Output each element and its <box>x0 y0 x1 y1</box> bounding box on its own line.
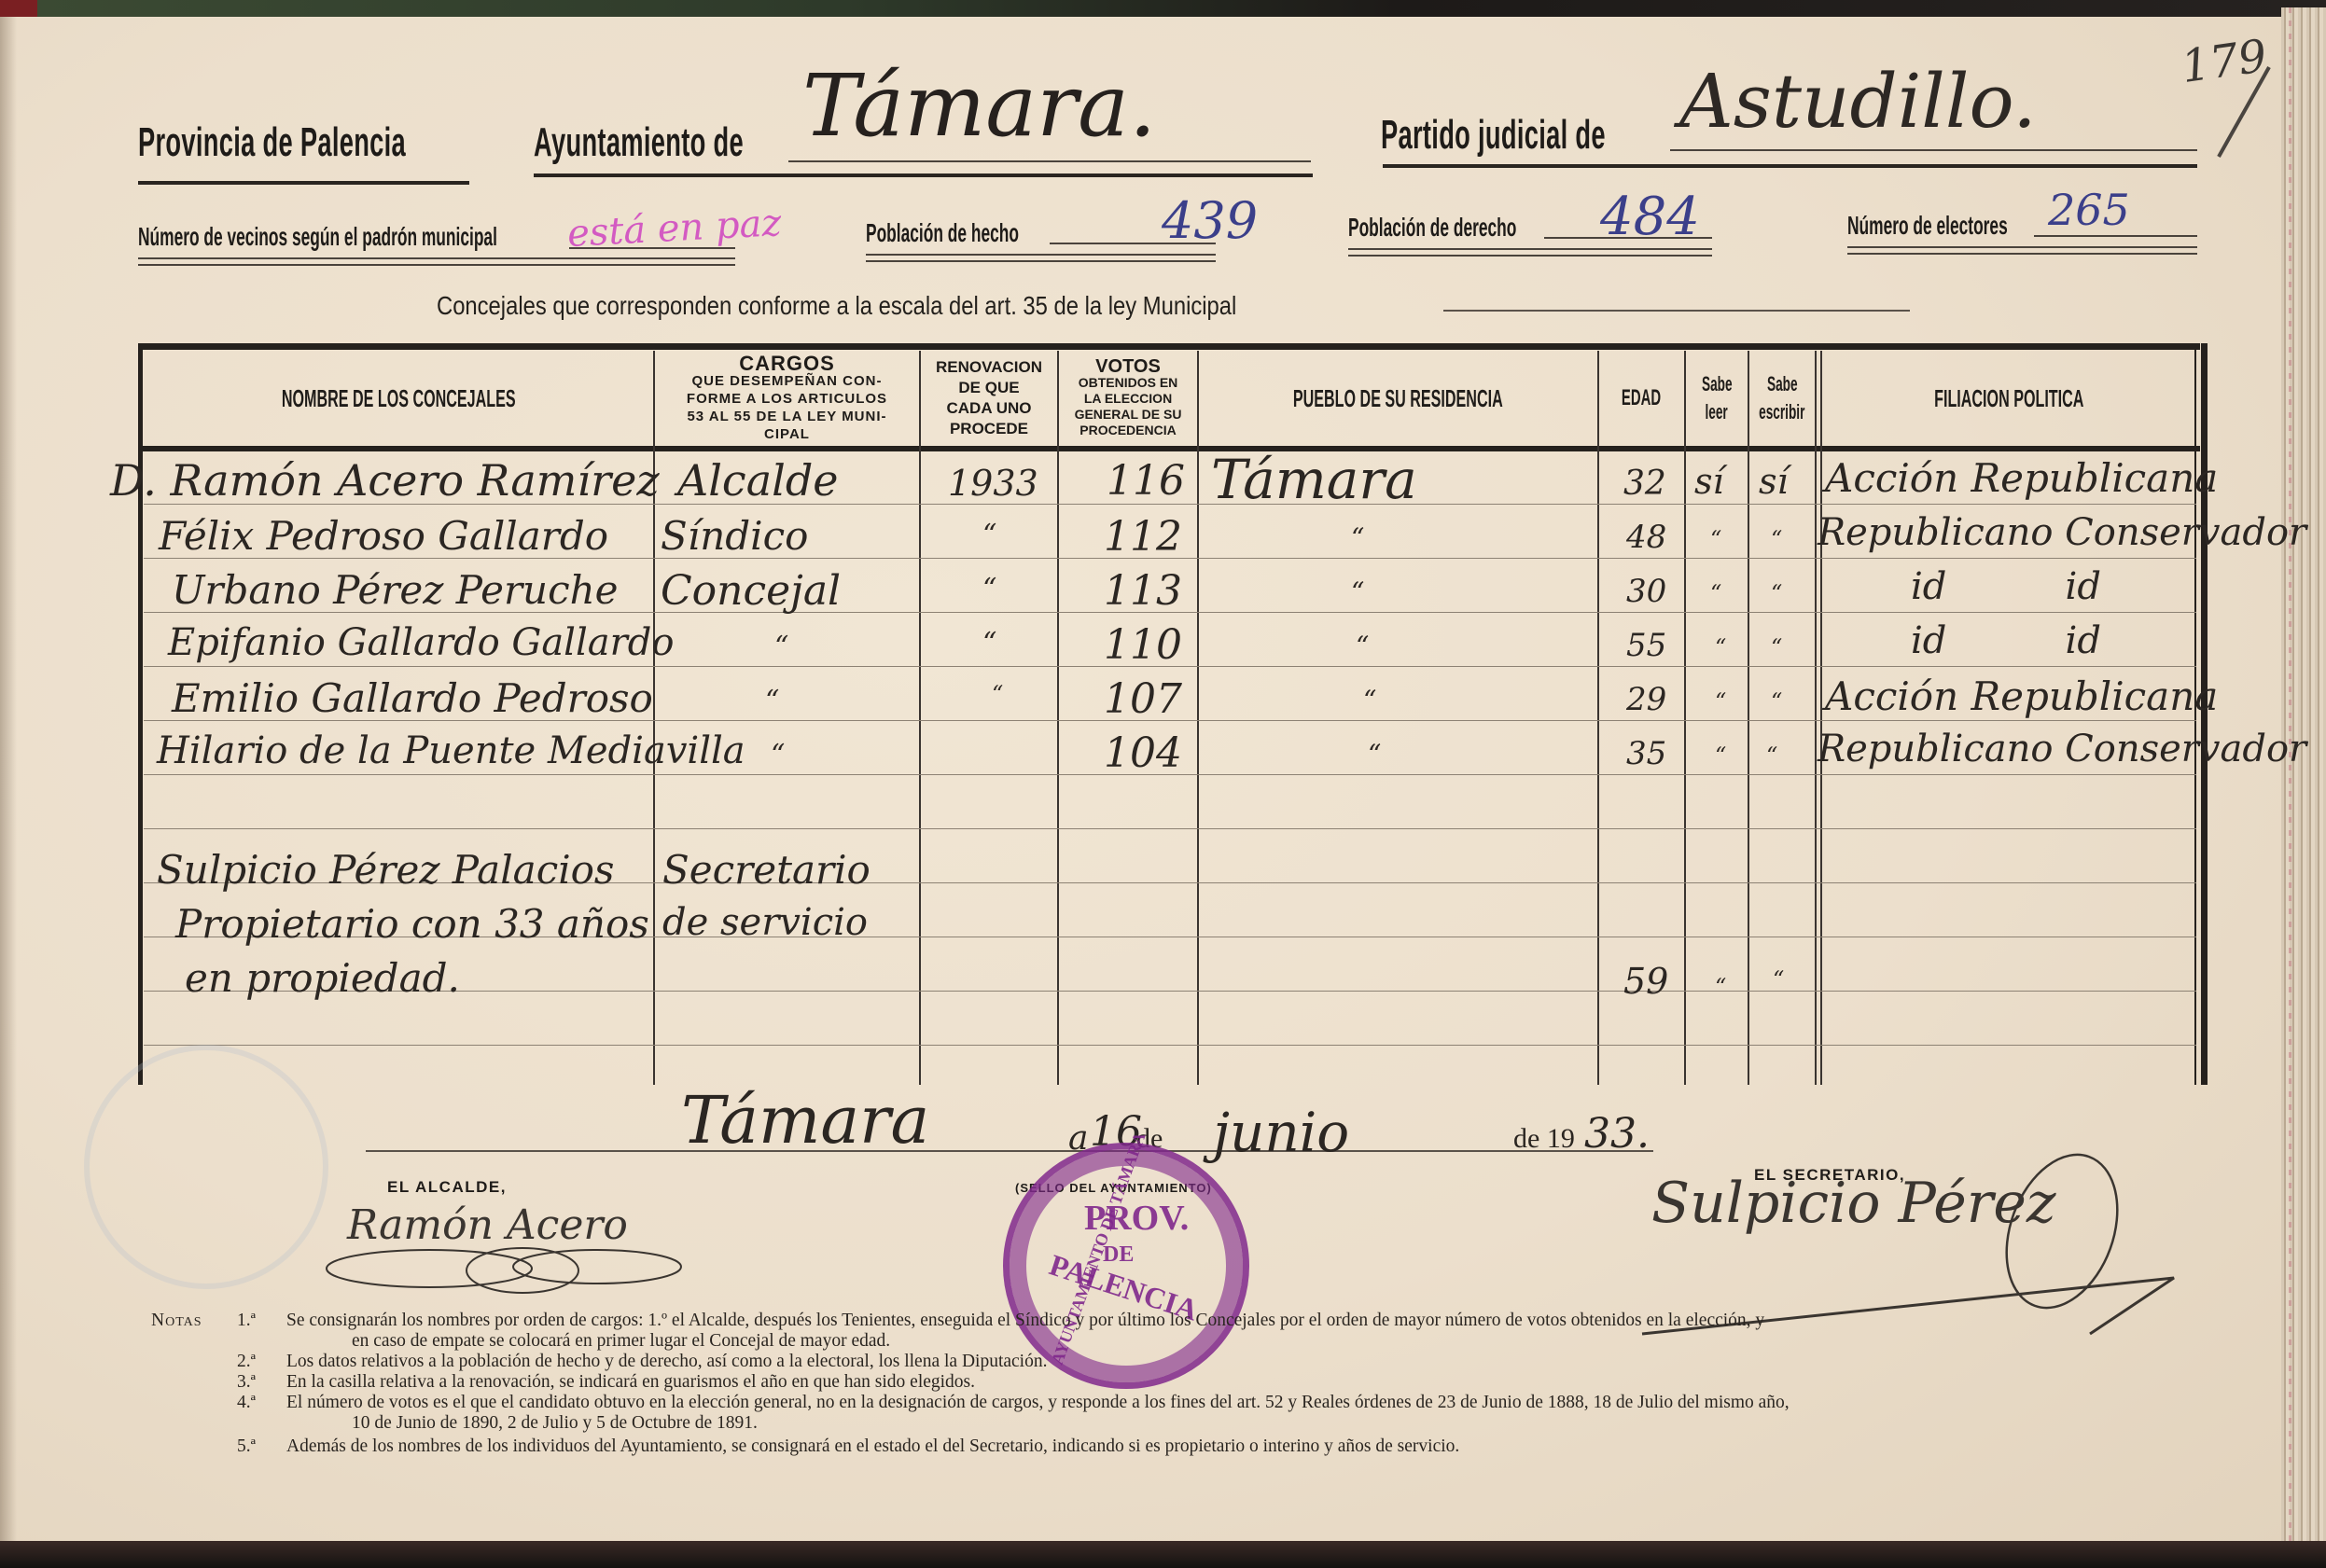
note-text: Además de los nombres de los individuos … <box>286 1435 1459 1459</box>
row-votos: 104 <box>1104 729 1182 777</box>
electores-double-1 <box>1847 246 2197 248</box>
header-cargos-title: CARGOS <box>739 354 835 372</box>
page-number-slash <box>2202 56 2277 168</box>
book-binding-bottom <box>0 1541 2326 1568</box>
row-escribir: “ <box>1766 742 1777 769</box>
row-leer: “ <box>1715 742 1726 769</box>
partido-underline <box>1383 164 2197 168</box>
partido-label: Partido judicial de <box>1381 112 1606 159</box>
header-nombre-text: NOMBRE DE LOS CONCEJALES <box>282 384 516 413</box>
header-pueblo-text: PUEBLO DE SU RESIDENCIA <box>1293 384 1503 413</box>
date-year-prefix: de 19 <box>1513 1123 1575 1155</box>
secretary-nombre: en propiedad. <box>185 955 460 1001</box>
date-month: junio <box>1213 1101 1349 1164</box>
table-top-border <box>138 343 2200 350</box>
ayuntamiento-label: Ayuntamiento de <box>534 119 744 166</box>
row-edad: 32 <box>1623 465 1666 503</box>
header-sabe-leer: Sabe leer <box>1686 351 1748 446</box>
header-renovacion: RENOVACION DE QUE CADA UNO PROCEDE <box>921 351 1057 446</box>
header-sabe-leer-text: leer <box>1706 398 1728 426</box>
note-number: 1.ª <box>237 1309 256 1333</box>
secretary-nombre: Sulpicio Pérez Palacios <box>157 847 615 893</box>
row-nombre: Urbano Pérez Peruche <box>172 567 619 613</box>
row-renovacion: 1933 <box>948 463 1038 504</box>
electores-line <box>2034 235 2197 237</box>
concejales-table: NOMBRE DE LOS CONCEJALES CARGOS QUE DESE… <box>138 343 2200 1085</box>
stamp-bleedthrough <box>84 1045 328 1289</box>
col-divider <box>1197 351 1199 1085</box>
poblacion-hecho-line <box>1050 243 1216 244</box>
header-sabe-escribir: Sabe escribir <box>1749 351 1815 446</box>
row-nombre: Hilario de la Puente Mediavilla <box>157 729 745 772</box>
secretary-edad: 59 <box>1623 961 1668 1002</box>
row-leer: “ <box>1715 634 1726 660</box>
partido-line <box>1670 149 2197 151</box>
header-edad: EDAD <box>1599 351 1684 446</box>
header-cargos: CARGOS QUE DESEMPEÑAN CON- FORME A LOS A… <box>655 351 919 446</box>
header-votos-sub: OBTENIDOS EN <box>1079 375 1178 391</box>
provincia-underline <box>138 181 469 185</box>
row-nombre: Félix Pedroso Gallardo <box>159 513 608 559</box>
header-renovacion-text: DE QUE <box>958 378 1019 398</box>
col-divider <box>1057 351 1059 1085</box>
row-rule <box>144 1045 2196 1046</box>
row-votos: 107 <box>1104 675 1182 723</box>
row-filiacion: id id <box>1911 565 2101 608</box>
note-text-cont: 10 de Junio de 1890, 2 de Julio y 5 de O… <box>352 1411 758 1436</box>
row-edad: 48 <box>1626 519 1666 556</box>
date-line <box>366 1150 1653 1152</box>
row-escribir: “ <box>1771 688 1782 715</box>
secretary-nombre: Propietario con 33 años <box>175 901 649 947</box>
electores-double-2 <box>1847 253 2197 255</box>
date-place: Támara <box>681 1082 929 1159</box>
note-number: 5.ª <box>237 1435 256 1459</box>
header-sabe-leer-text: Sabe <box>1702 370 1733 398</box>
row-rule <box>144 828 2196 829</box>
row-leer: sí <box>1694 461 1724 502</box>
row-pueblo: “ <box>1351 522 1364 553</box>
row-pueblo: “ <box>1351 576 1364 607</box>
row-renovacion: “ <box>982 519 996 551</box>
provincia-field: Provincia de Palencia <box>138 119 570 166</box>
secretary-escribir: “ <box>1773 966 1784 992</box>
row-cargo: “ <box>765 685 779 717</box>
header-votos-sub: GENERAL DE SU <box>1075 407 1182 423</box>
row-nombre: Emilio Gallardo Pedroso <box>172 675 653 721</box>
poblacion-derecho-line <box>1544 237 1712 239</box>
header-votos-title: VOTOS <box>1095 359 1161 375</box>
poblacion-derecho-label: Población de derecho <box>1348 213 1516 243</box>
row-filiacion: Republicano Conservador <box>1818 728 2306 770</box>
poblacion-hecho-double-1 <box>866 254 1216 256</box>
row-votos: 116 <box>1107 457 1185 505</box>
poblacion-derecho-double-2 <box>1348 255 1712 257</box>
col-divider <box>1820 351 1822 1085</box>
header-votos-sub: LA ELECCION <box>1084 391 1172 407</box>
header-votos-sub: PROCEDENCIA <box>1079 423 1176 438</box>
row-pueblo: “ <box>1368 739 1381 770</box>
row-pueblo: “ <box>1356 631 1369 661</box>
row-votos: 112 <box>1104 513 1182 561</box>
header-renovacion-text: PROCEDE <box>950 419 1028 439</box>
header-cargos-sub: CIPAL <box>764 425 810 443</box>
row-escribir: “ <box>1771 526 1782 552</box>
table-header-bottom-border <box>138 446 2200 451</box>
row-renovacion: “ <box>992 681 1003 707</box>
alcalde-signature-flourish <box>317 1241 690 1297</box>
row-edad: 55 <box>1626 627 1666 664</box>
col-divider <box>1815 351 1817 1085</box>
header-pueblo: PUEBLO DE SU RESIDENCIA <box>1199 351 1597 446</box>
header-cargos-sub: FORME A LOS ARTICULOS <box>687 390 887 408</box>
row-renovacion: “ <box>982 573 996 605</box>
header-renovacion-text: RENOVACION <box>936 357 1042 378</box>
row-edad: 29 <box>1626 681 1666 718</box>
vecinos-double-1 <box>138 257 735 259</box>
row-escribir: “ <box>1771 580 1782 606</box>
vecinos-label: Número de vecinos según el padrón munici… <box>138 222 497 252</box>
header-sabe-escribir-text: escribir <box>1759 398 1804 426</box>
ayuntamiento-value: Támara. <box>802 56 1156 156</box>
poblacion-hecho-double-2 <box>866 260 1216 262</box>
page-gutter-shadow <box>0 17 17 1547</box>
row-votos: 113 <box>1104 567 1182 615</box>
col-divider <box>1748 351 1749 1085</box>
row-filiacion: id id <box>1911 619 2101 662</box>
secretary-cargo: de servicio <box>662 901 868 944</box>
header-votos: VOTOS OBTENIDOS EN LA ELECCION GENERAL D… <box>1059 351 1197 446</box>
row-edad: 30 <box>1626 573 1666 610</box>
col-divider <box>1684 351 1686 1085</box>
concejales-caption: Concejales que corresponden conforme a l… <box>437 291 1236 321</box>
notes-label: Notas <box>151 1309 202 1333</box>
secretary-leer: “ <box>1715 974 1726 1000</box>
poblacion-hecho-value: 439 <box>1162 191 1258 250</box>
row-filiacion: Republicano Conservador <box>1818 511 2306 554</box>
electores-label: Número de electores <box>1847 211 2008 241</box>
row-filiacion: Acción Republicana <box>1825 455 2218 501</box>
partido-value: Astudillo. <box>1679 58 2037 145</box>
row-pueblo: “ <box>1363 685 1376 715</box>
note-number: 4.ª <box>237 1391 256 1415</box>
ayuntamiento-line <box>788 160 1311 162</box>
row-edad: 35 <box>1626 735 1666 772</box>
row-cargo: “ <box>774 631 788 663</box>
header-nombre: NOMBRE DE LOS CONCEJALES <box>144 351 653 446</box>
header-renovacion-text: CADA UNO <box>947 398 1032 419</box>
col-divider <box>1597 351 1599 1085</box>
alcalde-label: EL ALCALDE, <box>387 1178 507 1197</box>
provincia-label: Provincia de Palencia <box>138 119 406 166</box>
row-leer: “ <box>1710 526 1721 552</box>
electores-value: 265 <box>2048 185 2130 235</box>
header-cargos-sub: 53 AL 55 DE LA LEY MUNI- <box>687 408 886 425</box>
row-nombre: Epifanio Gallardo Gallardo <box>168 621 674 664</box>
row-filiacion: Acción Republicana <box>1825 673 2218 719</box>
poblacion-derecho-double-1 <box>1348 248 1712 250</box>
row-renovacion: “ <box>982 627 996 659</box>
row-cargo: “ <box>771 739 785 771</box>
concejales-caption-field: Concejales que corresponden conforme a l… <box>437 291 1378 321</box>
row-cargo: Alcalde <box>677 455 839 506</box>
header-sabe-escribir-text: Sabe <box>1767 370 1798 398</box>
row-escribir: “ <box>1771 634 1782 660</box>
row-nombre: D. Ramón Acero Ramírez <box>110 455 660 506</box>
col-divider <box>919 351 921 1085</box>
poblacion-hecho-label: Población de hecho <box>866 218 1019 248</box>
row-leer: “ <box>1715 688 1726 715</box>
header-edad-text: EDAD <box>1622 385 1661 411</box>
header-cargos-sub: QUE DESEMPEÑAN CON- <box>691 372 882 390</box>
row-leer: “ <box>1710 580 1721 606</box>
notes-label-text: Notas <box>151 1311 202 1330</box>
row-pueblo: Támara <box>1211 448 1417 511</box>
ayuntamiento-underline <box>534 173 1313 177</box>
row-votos: 110 <box>1104 621 1182 669</box>
row-escribir: sí <box>1759 461 1789 502</box>
red-page-edge <box>2289 7 2291 1547</box>
row-cargo: Concejal <box>661 567 841 615</box>
vecinos-line <box>569 247 735 249</box>
header-filiacion-text: FILIACION POLITICA <box>1934 384 2083 413</box>
secretary-cargo: Secretario <box>662 847 871 893</box>
row-cargo: Síndico <box>661 513 808 559</box>
concejales-caption-line <box>1443 310 1910 312</box>
header-filiacion: FILIACION POLITICA <box>1822 351 2195 446</box>
page-stack-edge <box>2281 7 2326 1547</box>
vecinos-double-2 <box>138 264 735 266</box>
